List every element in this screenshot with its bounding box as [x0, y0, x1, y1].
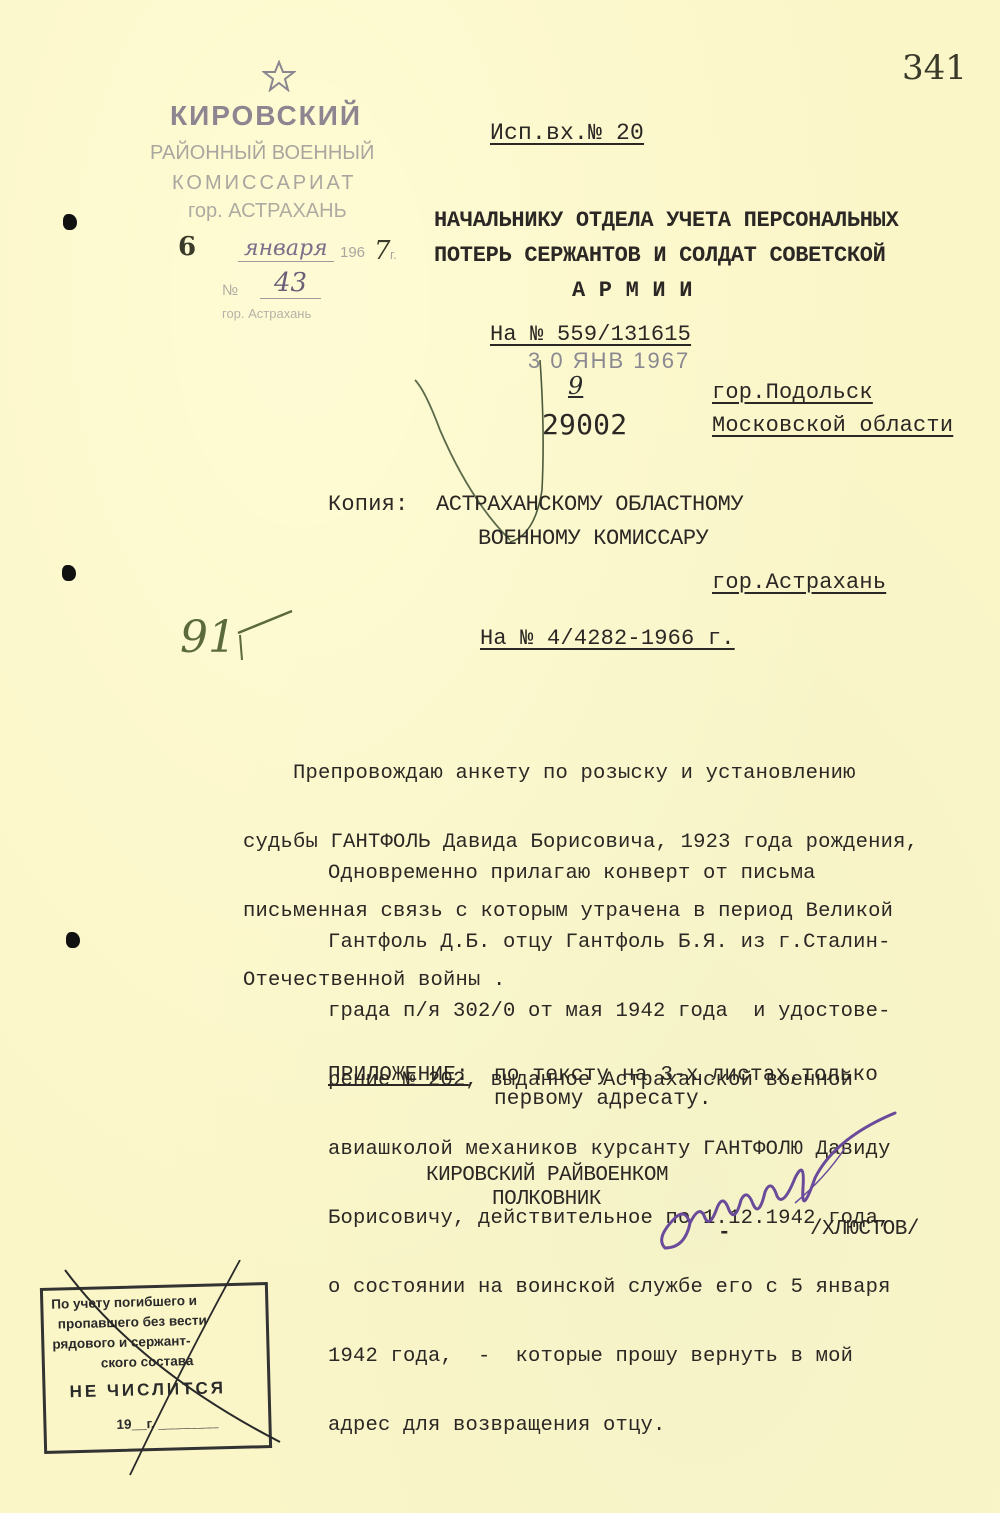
margin-note: 91 — [180, 612, 236, 663]
copy-city: гор.Астрахань — [712, 570, 886, 595]
stamp-date-year-hand: 7 — [374, 236, 391, 266]
body-p2-line: Гантфоль Д.Б. отцу Гантфоль Б.Я. из г.Ст… — [328, 931, 891, 954]
stamp-city: гор. Астрахань — [222, 306, 311, 321]
page-number: 341 — [902, 48, 967, 88]
copy-reference: На № 4/4282-1966 г. — [480, 626, 735, 651]
stamp-line-4: гор. АСТРАХАНЬ — [188, 200, 347, 223]
signature-dash: - — [718, 1222, 731, 1245]
signatory-name: /ХЛЮСТОВ/ — [810, 1218, 919, 1241]
body-p1-line: Препровождаю анкету по розыску и установ… — [243, 762, 918, 785]
stamp-number-prefix: № — [222, 282, 238, 299]
copy-label: Копия: — [328, 492, 408, 517]
stamp-line-3: КОМИССАРИАТ — [172, 172, 357, 195]
stamp-date-suffix: г. — [390, 247, 397, 262]
stamp-cross-out — [30, 1260, 290, 1480]
signatory-title-2: ПОЛКОВНИК — [492, 1188, 601, 1211]
punch-hole — [66, 932, 80, 948]
copy-line-1: АСТРАХАНСКОМУ ОБЛАСТНОМУ — [436, 492, 743, 517]
addressee-line-2: ПОТЕРЬ СЕРЖАНТОВ И СОЛДАТ СОВЕТСКОЙ — [434, 243, 886, 268]
addressee-line-1: НАЧАЛЬНИКУ ОТДЕЛА УЧЕТА ПЕРСОНАЛЬНЫХ — [434, 208, 898, 233]
punch-hole — [62, 565, 76, 581]
addressee-region: Московской области — [712, 413, 953, 438]
body-p2-line: 1942 года, - которые прошу вернуть в мой — [328, 1345, 891, 1368]
signatory-title-1: КИРОВСКИЙ РАЙВОЕНКОМ — [426, 1164, 668, 1187]
outgoing-reference: Исп.вх.№ 20 — [490, 120, 644, 146]
stamp-line-1: КИРОВСКИЙ — [170, 100, 362, 132]
addressee-line-3: А Р М И И — [572, 278, 693, 303]
star-emblem-icon — [262, 60, 296, 92]
stamp-date-year: 196 — [340, 244, 365, 261]
addressee-city: гор.Подольск — [712, 380, 873, 405]
attachment-line-1: по тексту на 3-х листах,только — [494, 1064, 878, 1087]
margin-note-stroke — [230, 605, 310, 665]
body-p2-line: Одновременно прилагаю конверт от письма — [328, 862, 891, 885]
stamp-date-month: января — [238, 236, 334, 262]
copy-line-2: ВОЕННОМУ КОМИССАРУ — [478, 526, 708, 551]
body-p2-line: града п/я 302/0 от мая 1942 года и удост… — [328, 1000, 891, 1023]
stamp-line-2: РАЙОННЫЙ ВОЕННЫЙ — [150, 142, 374, 165]
stamp-date-day: 6 — [178, 232, 196, 262]
punch-hole — [63, 214, 77, 230]
attachment-label: ПРИЛОЖЕНИЕ: — [328, 1064, 469, 1087]
stamp-number: 43 — [260, 268, 321, 299]
body-p2-line: адрес для возвращения отцу. — [328, 1414, 891, 1437]
body-p2-line: о состоянии на воинской службе его с 5 я… — [328, 1276, 891, 1299]
